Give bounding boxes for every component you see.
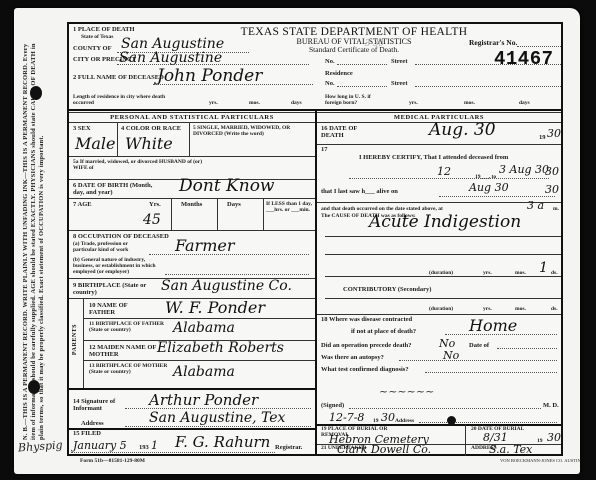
father-name-label: 10 NAME OF FATHER (89, 302, 149, 316)
autopsy-value: No (443, 348, 459, 364)
marital-label: 5 SINGLE, MARRIED, WIDOWED, OR DIVORCED … (193, 125, 313, 137)
age-years-value: 45 (143, 212, 161, 228)
physician-signature: ~~~~~~ (379, 384, 434, 400)
age-label: 7 AGE (73, 201, 92, 208)
county-label: COUNTY OF (73, 45, 112, 52)
sex-value: Male (75, 136, 116, 152)
undertaker-value: Clark Dowell Co. (337, 442, 431, 458)
foreign-born-label: How long in U. S. if foreign born? (325, 94, 385, 106)
operation-label: Did an operation precede death? (321, 342, 412, 349)
city-no-label: No. (325, 58, 335, 65)
form-number: Form 51b—81581-129-80M (80, 458, 145, 464)
filed-label: 15 FILED (73, 430, 101, 437)
autopsy-label: Was there an autopsy? (321, 354, 384, 361)
certify-text: I HEREBY CERTIFY, That I attended deceas… (359, 154, 508, 161)
personal-section-title: PERSONAL AND STATISTICAL PARTICULARS (69, 114, 315, 121)
informant-label: 14 Signature of Informant (73, 398, 133, 412)
contributory-label: CONTRIBUTORY (Secondary) (343, 286, 431, 293)
pencil-note: 3-30 (365, 38, 383, 49)
informant-value: Arthur Ponder (149, 392, 258, 408)
registrar-signature: F. G. Rahurn (175, 434, 270, 450)
occupation-value: Farmer (175, 238, 235, 254)
printer-mark: VON BOECKMANN-JONES CO. AUSTIN (500, 458, 581, 463)
dob-value: Dont Know (179, 178, 274, 194)
residence-label: Residence (325, 70, 353, 77)
age-less-label: If LESS than 1 day, ___hrs. or ___min. (266, 201, 314, 213)
margin-instructions: N. B.—THIS IS A PERMANENT RECORD. WRITE … (22, 40, 62, 440)
signed-label: (Signed) (321, 402, 344, 409)
form-name: Standard Certificate of Death. (239, 45, 469, 54)
attended-to: 3 Aug 30 (499, 162, 549, 178)
city-street-label: Street (391, 58, 407, 65)
mother-name-value: Elizabeth Roberts (157, 340, 284, 356)
occupation-label: 8 OCCUPATION OF DECEASED (73, 233, 169, 240)
informant-address-value: San Augustine, Tex (149, 410, 285, 426)
registrar-number-label: Registrar's No. (469, 38, 517, 47)
sex-label: 3 SEX (73, 125, 91, 132)
state-label: State of Texas (81, 34, 113, 40)
cause-of-death: Acute Indigestion (369, 214, 521, 230)
birthplace-label: 9 BIRTHPLACE (State or country) (73, 282, 153, 296)
ink-blot (28, 380, 40, 394)
place-of-death-label: 1 PLACE OF DEATH (73, 26, 135, 33)
md-label: M. D. (543, 402, 559, 409)
mother-birthplace-label: 13 BIRTHPLACE OF MOTHER (State or countr… (89, 363, 169, 375)
date-of-death-value: Aug. 30 (429, 122, 496, 138)
full-name-label: 2 FULL NAME OF DECEASED (73, 74, 164, 81)
residence-street-label: Street (391, 80, 407, 87)
mother-birthplace-value: Alabama (173, 364, 235, 380)
test-label: What test confirmed diagnosis? (321, 366, 409, 373)
deceased-name: John Ponder (157, 68, 262, 84)
time-of-death: 3 a (527, 198, 544, 214)
father-birthplace-label: 11 BIRTHPLACE OF FATHER (State or countr… (89, 321, 169, 333)
father-name-value: W. F. Ponder (165, 300, 265, 316)
informant-address-label: Address (81, 420, 104, 427)
duration-days-value: 1 (539, 260, 548, 276)
attended-year: 30 (545, 164, 559, 180)
ink-blot (30, 86, 42, 100)
column-divider (315, 110, 317, 456)
length-residence-label: Length of residence in city where death … (73, 94, 183, 106)
spouse-label: 5a If married, widowed, or divorced HUSB… (73, 159, 213, 171)
registrar-word: Registrar. (275, 444, 302, 451)
last-saw-label: that I last saw h___ alive on (321, 188, 398, 195)
death-certificate-form: 1 PLACE OF DEATH State of Texas TEXAS ST… (67, 22, 563, 456)
father-birthplace-value: Alabama (173, 320, 235, 336)
date-of-death-year: 30 (547, 126, 561, 142)
contracted-value: Home (469, 318, 517, 334)
registrar-number: 41467 (494, 48, 554, 70)
dob-label: 6 DATE OF BIRTH (Month, day, and year) (73, 182, 163, 196)
birthplace-value: San Augustine Co. (161, 278, 292, 294)
last-saw-value: Aug 30 (469, 180, 509, 196)
color-value: White (125, 136, 173, 152)
color-label: 4 COLOR OR RACE (121, 125, 181, 132)
contracted-label: 18 Where was disease contracted (321, 316, 412, 323)
parents-label: PARENTS (72, 324, 78, 355)
undertaker-address-value: S.a. Tex (489, 442, 532, 458)
date-of-death-label: 16 DATE OF DEATH (321, 125, 381, 139)
ink-spot (447, 416, 456, 425)
residence-no-label: No. (325, 80, 335, 87)
